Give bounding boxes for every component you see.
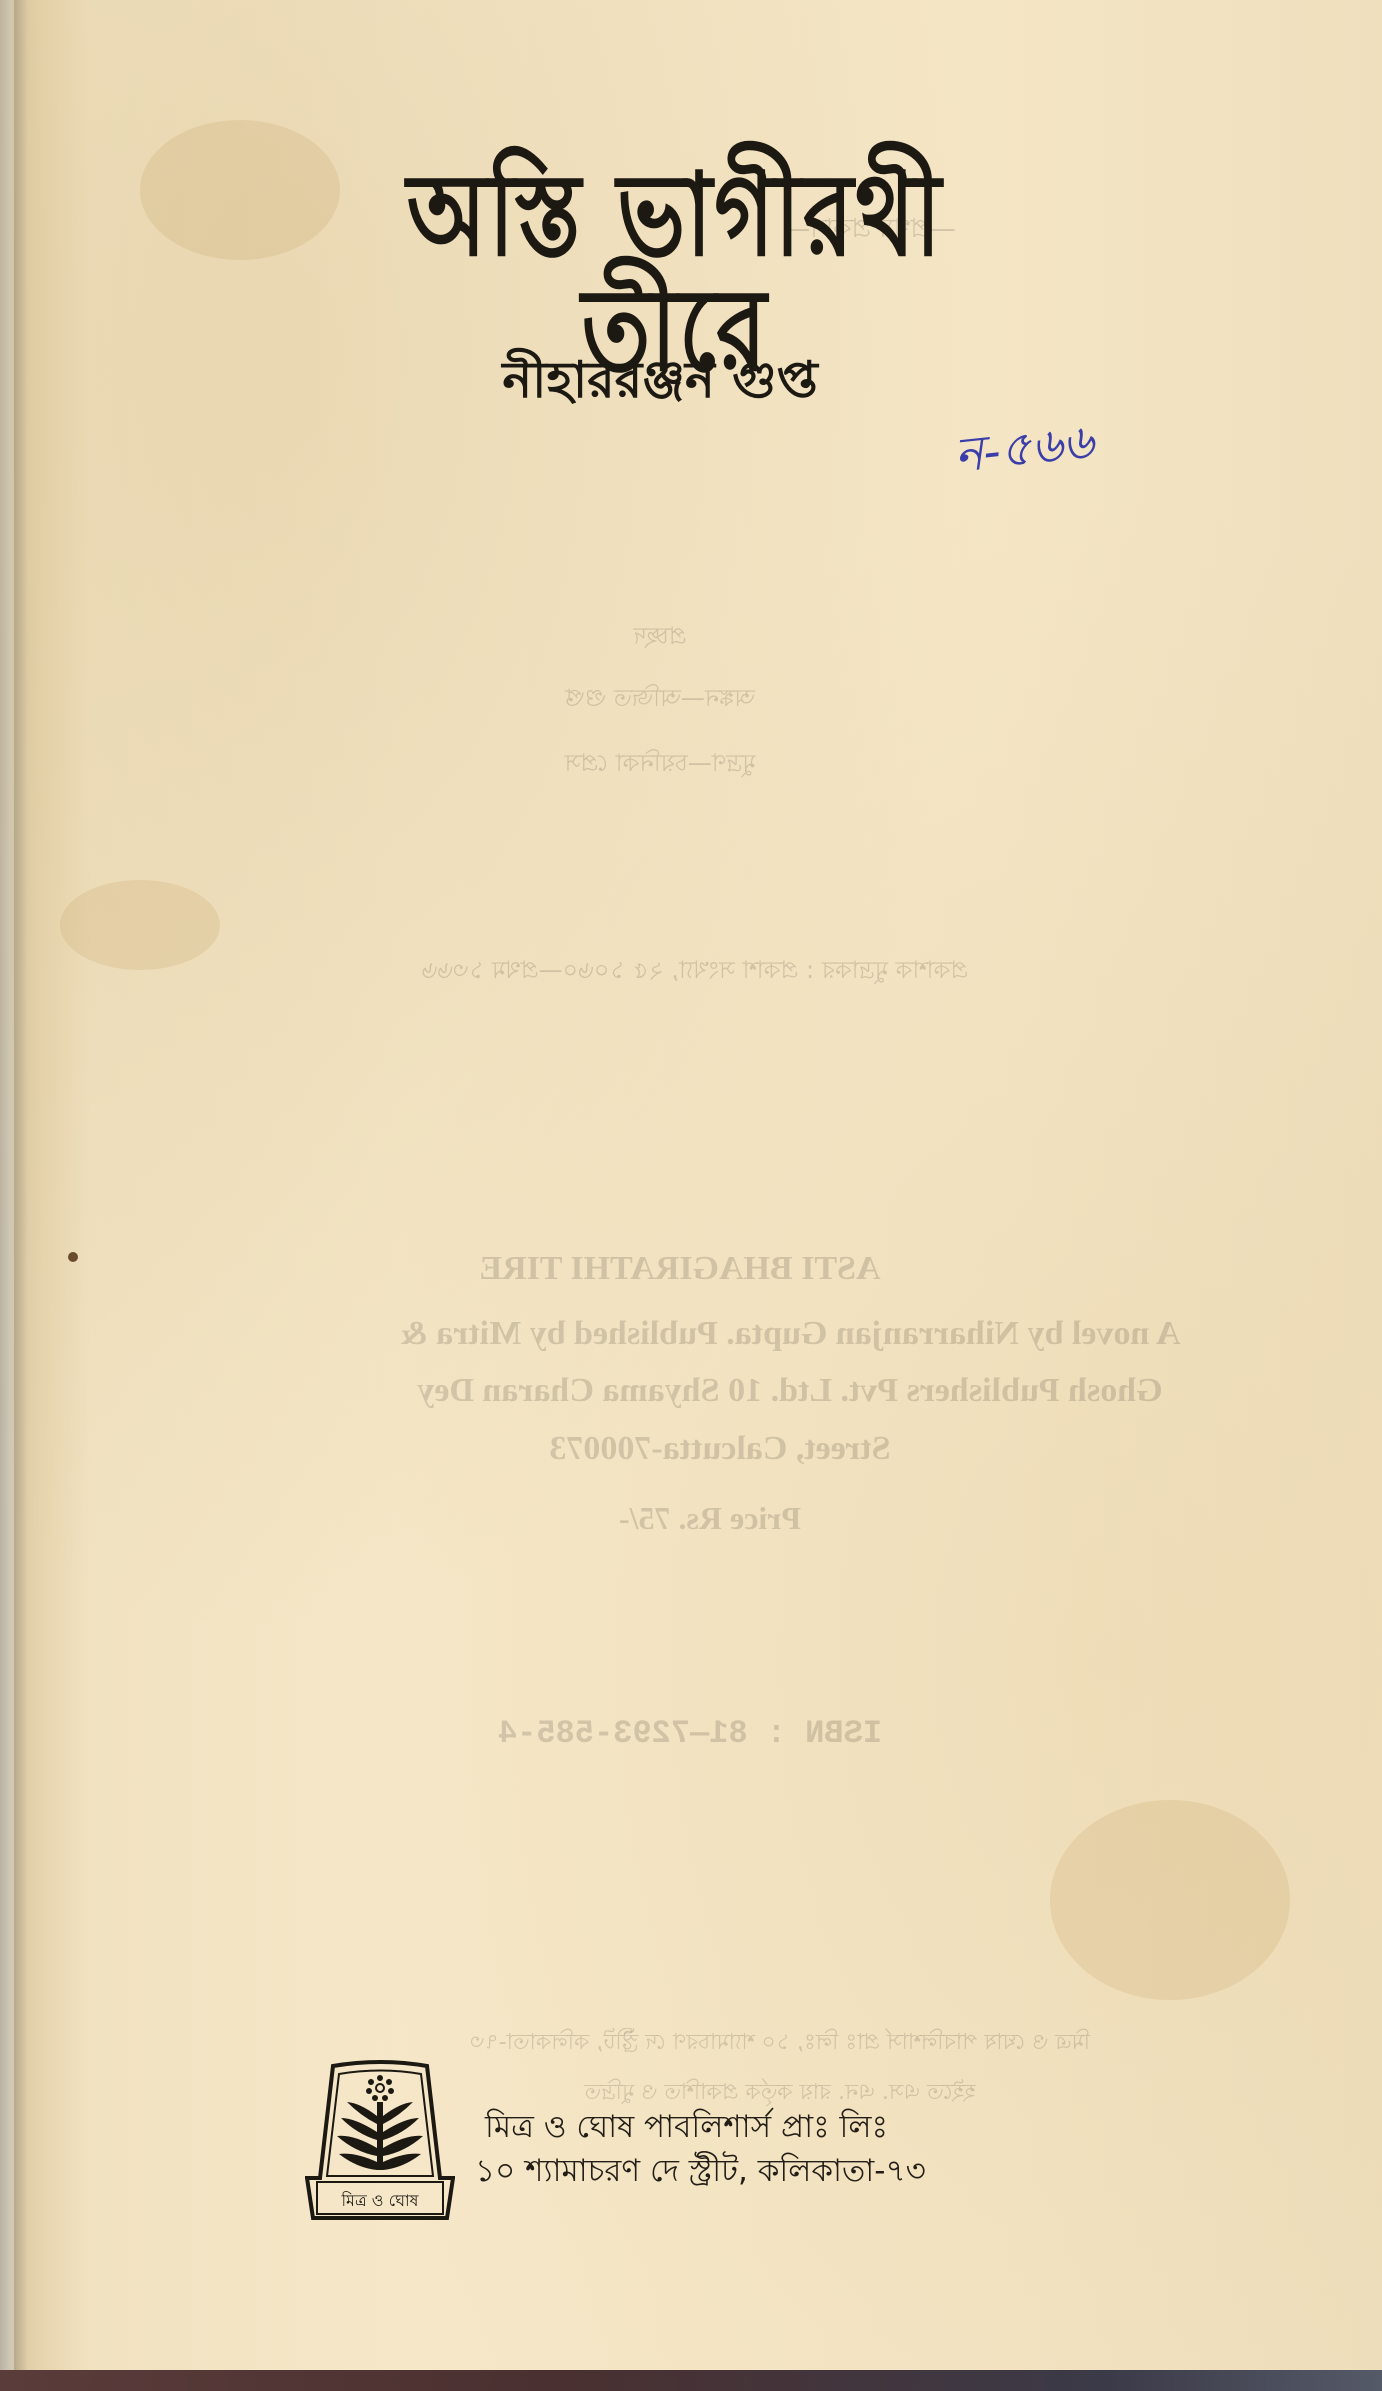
paper-stain bbox=[140, 120, 340, 260]
publisher-logo-icon: মিত্র ও ঘোষ bbox=[305, 2058, 455, 2226]
book-title-page: —প্রথম প্রকাশ— প্রচ্ছদ অঙ্কন—অজিত গুপ্ত … bbox=[0, 0, 1382, 2370]
bleed-through-credit: প্রচ্ছদ bbox=[460, 618, 860, 658]
bleed-through-credit: মুদ্রণ—চয়নিকা প্রেস bbox=[460, 745, 860, 785]
bleed-through-isbn: ISBN : 81—7293-585-4 bbox=[470, 1715, 910, 1752]
handwritten-accession-number: ন-৫৬৬ bbox=[951, 406, 1098, 499]
bleed-through-english-title: ASTI BHAGIRATHI TIRE bbox=[370, 1250, 990, 1288]
bleed-through-english-line: A novel by Niharranjan Gupta. Published … bbox=[380, 1315, 1200, 1353]
paper-stain bbox=[1050, 1800, 1290, 2000]
binding-edge bbox=[14, 0, 28, 2370]
bleed-through-credit: অঙ্কন—অজিত গুপ্ত bbox=[460, 680, 860, 720]
book-author: নীহাররঞ্জন গুপ্ত bbox=[420, 355, 900, 405]
bleed-through-price: Price Rs. 75/- bbox=[580, 1500, 840, 1537]
scanner-edge bbox=[0, 2370, 1382, 2391]
bleed-through-imprint: মিত্র ও ঘোষ পাবলিশার্স প্রাঃ লিঃ, ১০ শ্য… bbox=[330, 2025, 1230, 2062]
svg-text:মিত্র ও ঘোষ: মিত্র ও ঘোষ bbox=[340, 2191, 419, 2210]
publisher-address: ১০ শ্যামাচরণ দে স্ট্রীট, কলিকাতা-৭৩ bbox=[475, 2147, 926, 2199]
bleed-through-english-line: Ghosh Publishers Pvt. Ltd. 10 Shyama Cha… bbox=[380, 1372, 1200, 1410]
paper-stain bbox=[60, 880, 220, 970]
bleed-through-printer-line: প্রকাশক মুদ্রাকর : প্রকাশ সংখ্যা, ২৫ ১০৬… bbox=[200, 952, 1190, 992]
ink-spot bbox=[68, 1252, 78, 1262]
bleed-through-english-line: Street, Calcutta-700073 bbox=[440, 1430, 1000, 1468]
